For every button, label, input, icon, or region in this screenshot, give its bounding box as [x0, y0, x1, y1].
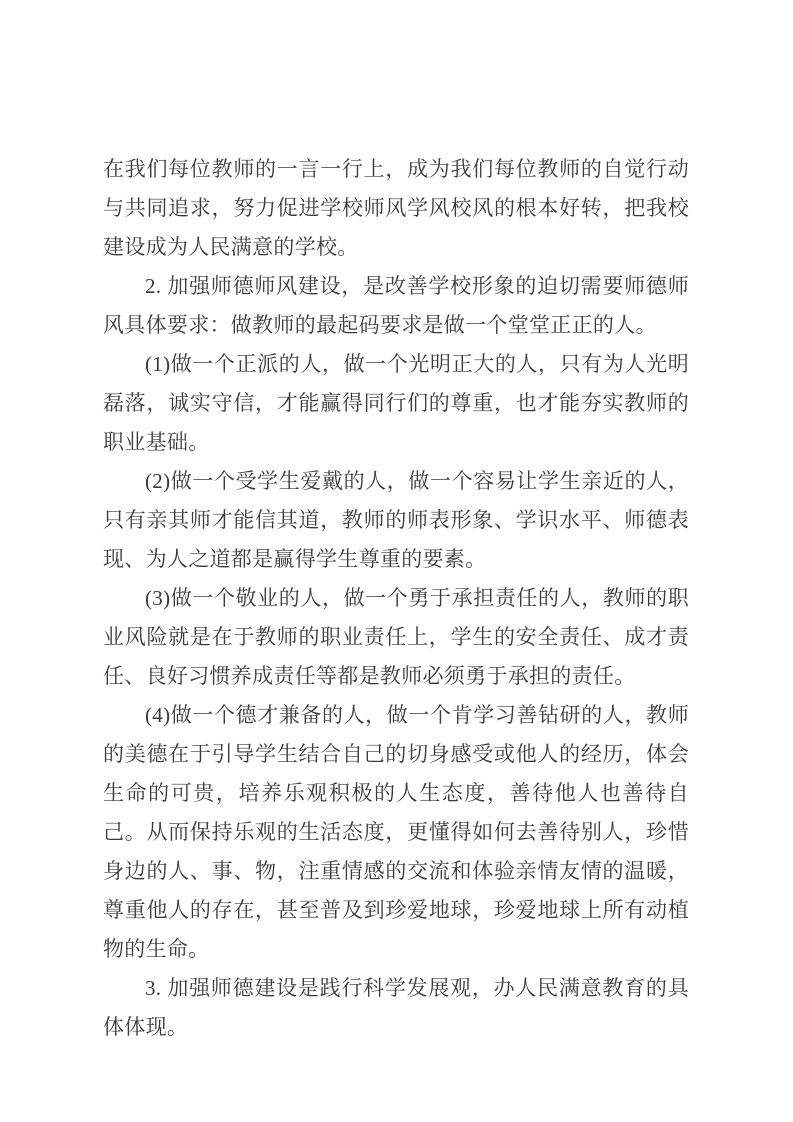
paragraph-subpoint-4: (4)做一个德才兼备的人，做一个肯学习善钻研的人，教师的美德在于引导学生结合自己…: [103, 696, 689, 969]
paragraph-point-2: 2. 加强师德师风建设，是改善学校形象的迫切需要师德师风具体要求：做教师的最起码…: [103, 267, 689, 345]
paragraph-point-3: 3. 加强师德建设是践行科学发展观，办人民满意教育的具体体现。: [103, 969, 689, 1047]
document-body: 在我们每位教师的一言一行上，成为我们每位教师的自觉行动与共同追求，努力促进学校师…: [103, 150, 689, 1047]
paragraph-subpoint-2: (2)做一个受学生爱戴的人，做一个容易让学生亲近的人，只有亲其师才能信其道，教师…: [103, 462, 689, 579]
paragraph-subpoint-1: (1)做一个正派的人，做一个光明正大的人，只有为人光明磊落，诚实守信，才能赢得同…: [103, 345, 689, 462]
paragraph-continuation: 在我们每位教师的一言一行上，成为我们每位教师的自觉行动与共同追求，努力促进学校师…: [103, 150, 689, 267]
document-page: 在我们每位教师的一言一行上，成为我们每位教师的自觉行动与共同追求，努力促进学校师…: [0, 0, 793, 1122]
paragraph-subpoint-3: (3)做一个敬业的人，做一个勇于承担责任的人，教师的职业风险就是在于教师的职业责…: [103, 579, 689, 696]
